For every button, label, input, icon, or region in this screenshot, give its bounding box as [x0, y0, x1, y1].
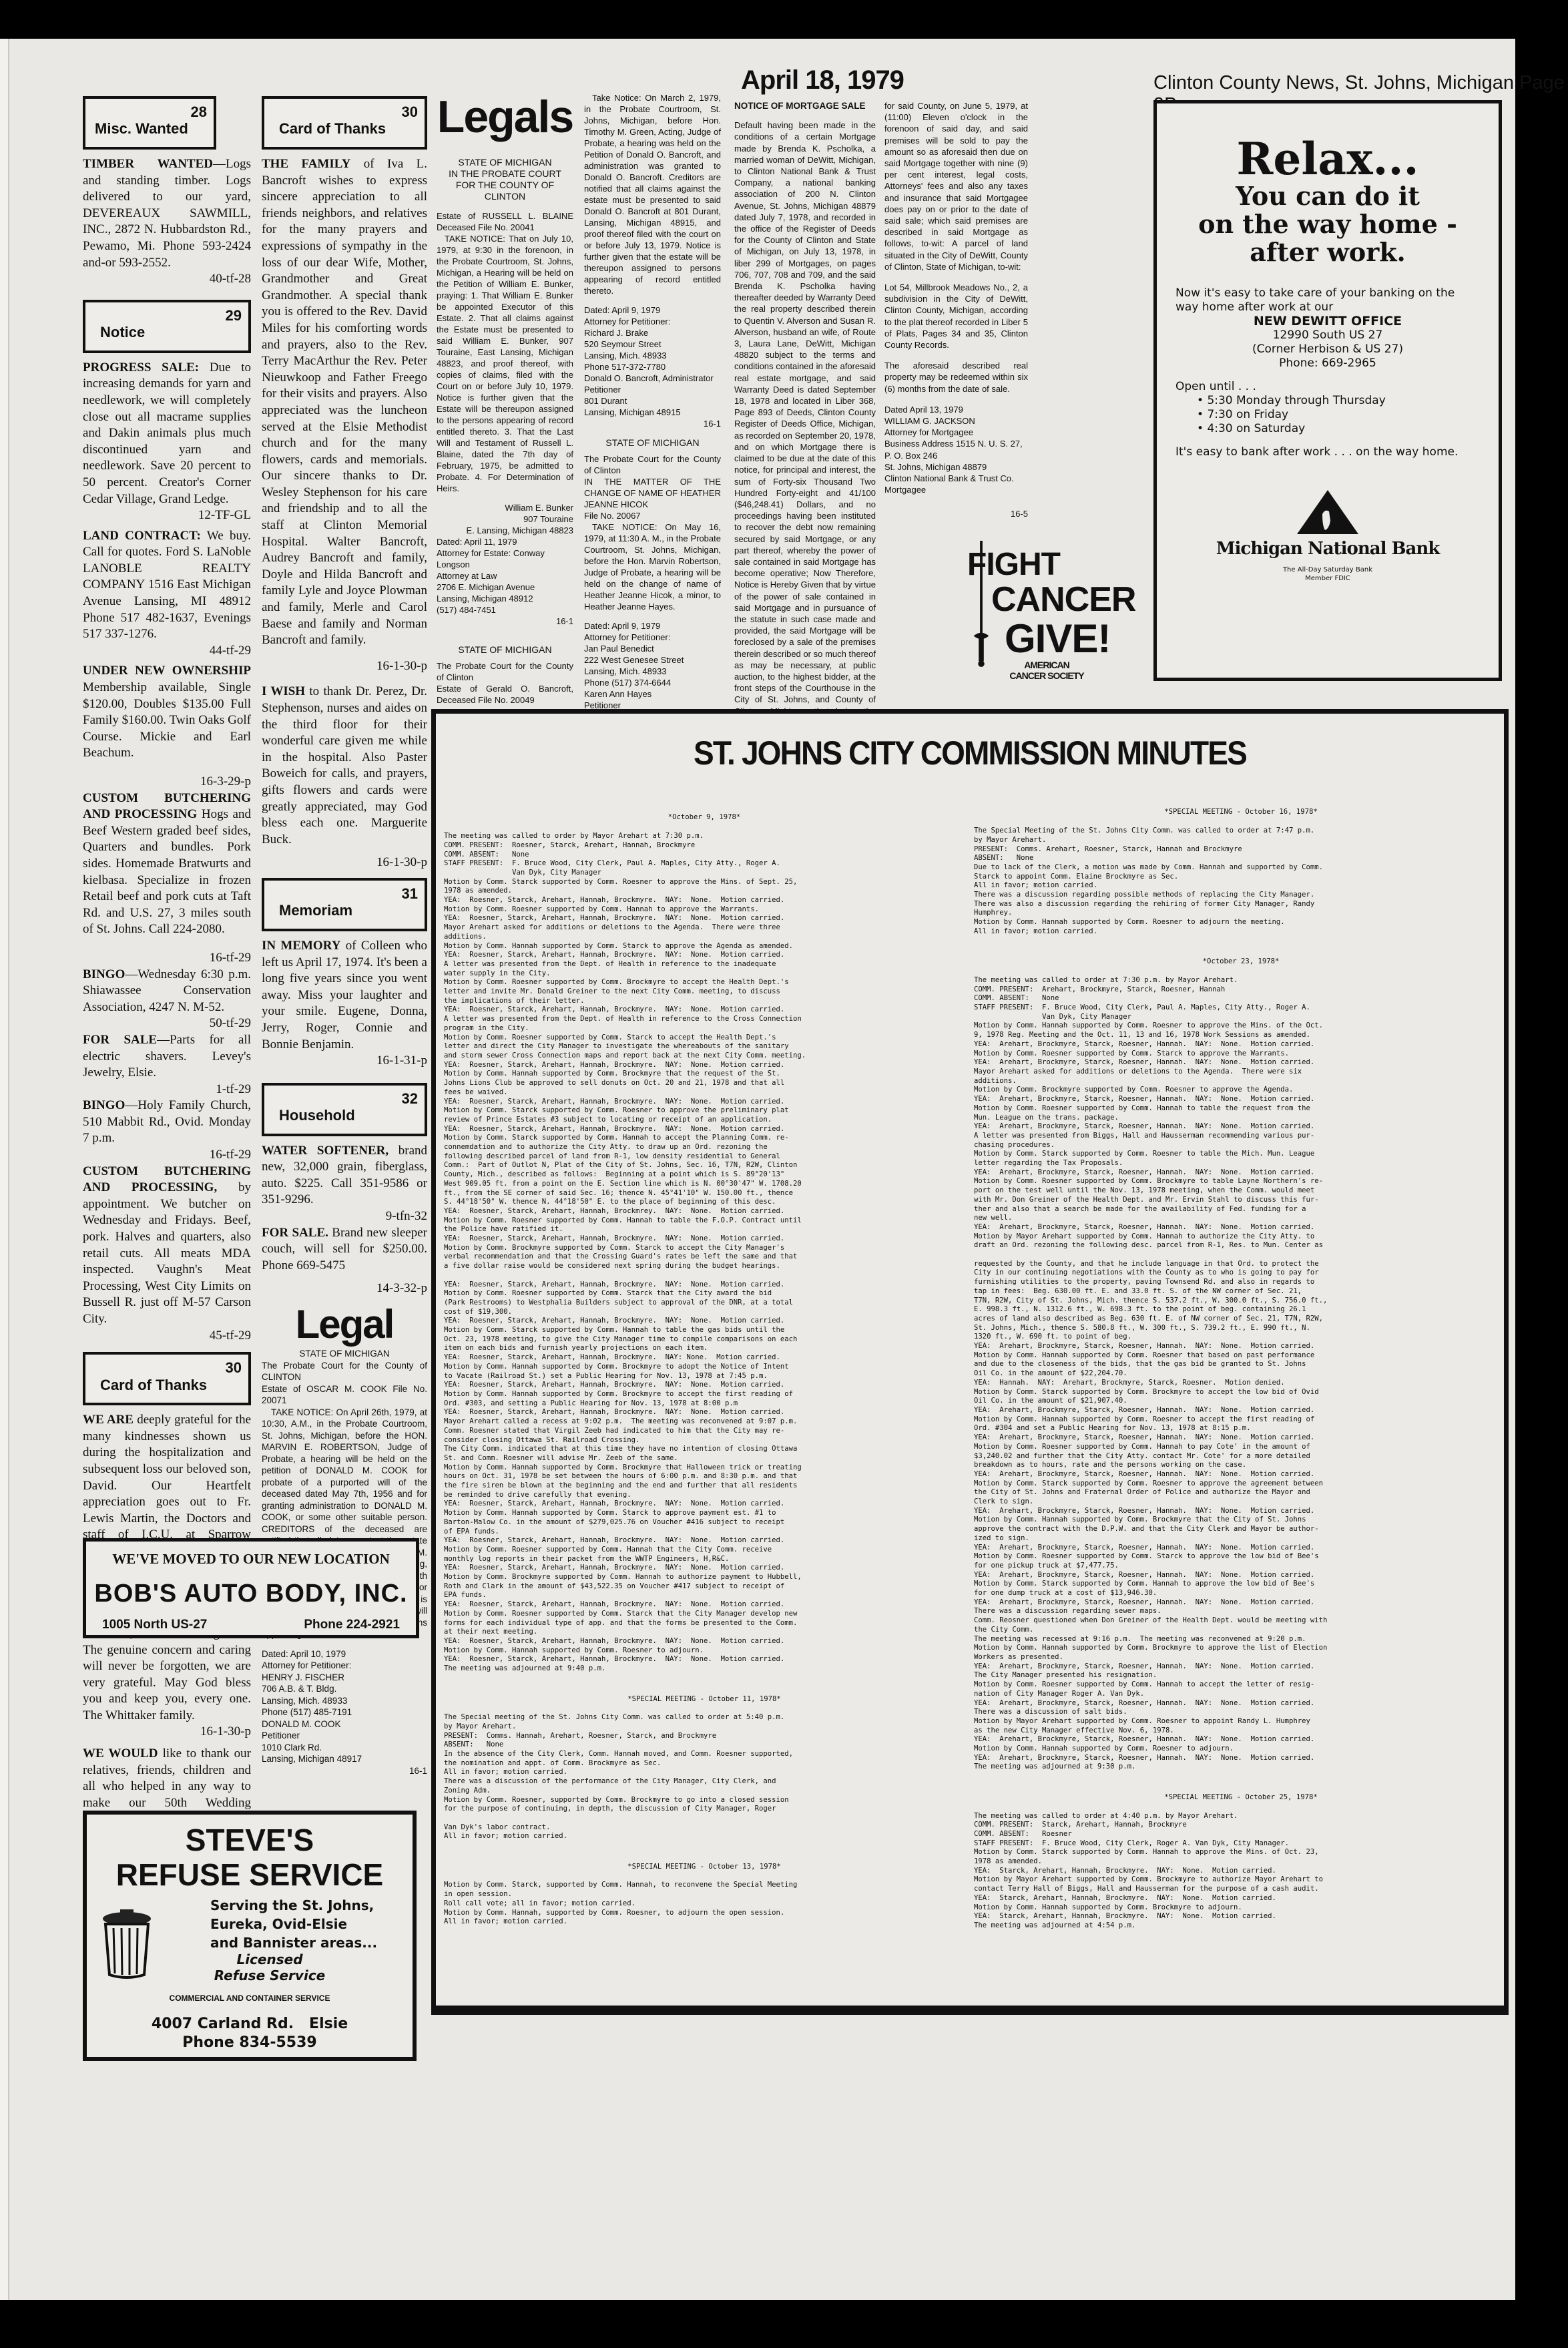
minutes-title: ST. JOHNS CITY COMMISSION MINUTES	[479, 734, 1461, 772]
category-number: 32	[402, 1091, 418, 1108]
scan-border-right	[1515, 0, 1568, 2348]
ad-business-name: STEVE'SREFUSE SERVICE	[87, 1823, 413, 1892]
category-header-card-of-thanks: Card of Thanks 30	[262, 96, 427, 150]
ad-code: 16-1-31-p	[262, 1053, 427, 1070]
ad-service-area: Serving the St. Johns,Eureka, Ovid-Elsie…	[210, 1896, 377, 1952]
category-name: Memoriam	[279, 903, 352, 919]
classified-ad: THE FAMILY of Iva L. Bancroft wishes to …	[262, 156, 427, 649]
legal-estate: Estate of RUSSELL L. BLAINE Deceased Fil…	[437, 210, 573, 233]
ad-address: 4007 Carland Rd. ElsiePhone 834-5539	[87, 2015, 413, 2052]
ad-code: 9-tfn-32	[262, 1208, 427, 1225]
category-number: 28	[191, 104, 207, 121]
ad-headline: Relax...	[1157, 136, 1499, 182]
legal-signer: William E. Bunker907 TouraineE. Lansing,…	[437, 502, 573, 536]
category-name: Card of Thanks	[100, 1377, 207, 1394]
ad-code: 12-TF-GL	[83, 507, 251, 524]
ad-code: 16-3-29-p	[83, 774, 251, 790]
ad-code: 16-1-30-p	[262, 855, 427, 871]
category-name: Notice	[100, 324, 145, 341]
category-number: 30	[226, 1360, 242, 1377]
bank-name: Michigan National Bank	[1157, 539, 1499, 559]
ad-address: 1005 North US-27	[102, 1618, 207, 1632]
classified-ad: IN MEMORY of Colleen who left us April 1…	[262, 938, 427, 1053]
page-edge	[0, 39, 9, 2309]
ad-code: 16-1-30-p	[83, 1724, 251, 1740]
fight-cancer-ad: FIGHT CANCER GIVE! AMERICANCANCER SOCIET…	[971, 541, 1131, 674]
legal-signoff: Dated: April 11, 1979Attorney for Estate…	[437, 536, 573, 616]
ad-code: 45-tf-29	[83, 1328, 251, 1345]
legals-heading: Legals	[437, 90, 573, 144]
classified-ad: FOR SALE—Parts for all electric shavers.…	[83, 1032, 251, 1082]
classified-ad: BINGO—Wednesday 6:30 p.m. Shiawassee Con…	[83, 967, 251, 1016]
mortgage-sale-column: NOTICE OF MORTGAGE SALE Default having b…	[734, 100, 876, 740]
legals-column: Legals STATE OF MICHIGANIN THE PROBATE C…	[437, 90, 573, 706]
category-number: 29	[226, 308, 242, 324]
steves-refuse-ad: STEVE'SREFUSE SERVICE Serving the St. Jo…	[83, 1811, 417, 2061]
category-header-card-of-thanks: Card of Thanks 30	[83, 1352, 251, 1405]
commission-minutes-box: ST. JOHNS CITY COMMISSION MINUTES *Octob…	[431, 709, 1509, 2015]
ad-code: 14-3-32-p	[262, 1280, 427, 1297]
legals-column-2: Take Notice: On March 2, 1979, in the Pr…	[584, 92, 721, 745]
ad-hours-list: 5:30 Monday through Thursday7:30 on Frid…	[1157, 394, 1499, 436]
classified-ad: LAND CONTRACT: We buy. Call for quotes. …	[83, 528, 251, 643]
category-header-misc-wanted: Misc. Wanted 28	[83, 96, 216, 150]
ad-business-name: BOB'S AUTO BODY, INC.	[86, 1580, 416, 1608]
category-number: 31	[402, 886, 418, 903]
classified-ad: WATER SOFTENER, brand new, 32,000 grain,…	[262, 1143, 427, 1208]
minutes-column-left: *October 9, 1978*The meeting was called …	[444, 788, 965, 1936]
category-name: Household	[279, 1108, 355, 1124]
ad-office-info: NEW DEWITT OFFICE 12990 South US 27 (Cor…	[1157, 314, 1499, 371]
ad-code: 16-tf-29	[83, 1147, 251, 1164]
minutes-column-right: *SPECIAL MEETING - October 16, 1978*The …	[974, 783, 1508, 1939]
ad-code: 50-tf-29	[83, 1015, 251, 1032]
mortgage-heading: NOTICE OF MORTGAGE SALE	[734, 100, 876, 111]
category-name: Card of Thanks	[279, 121, 386, 138]
classified-ad: FOR SALE. Brand new sleeper couch, will …	[262, 1225, 427, 1274]
classified-ad: TIMBER WANTED—Logs and standing timber. …	[83, 156, 251, 271]
category-header-notice: Notice 29	[83, 300, 251, 353]
ad-commercial-service: COMMERCIAL AND CONTAINER SERVICE	[87, 1993, 413, 2003]
category-number: 30	[402, 104, 418, 121]
ad-phone: Phone 224-2921	[304, 1618, 400, 1632]
legal-heading: Legal	[262, 1301, 427, 1348]
classified-column-right: Card of Thanks 30 THE FAMILY of Iva L. B…	[262, 93, 427, 1777]
ad-code: 44-tf-29	[83, 643, 251, 660]
legal-body: TAKE NOTICE: That on July 10, 1979, at 9…	[437, 233, 573, 494]
classified-ad: CUSTOM BUTCHERING AND PROCESSING Hogs an…	[83, 790, 251, 938]
ad-code: 16-tf-29	[83, 950, 251, 967]
michigan-logo-icon	[1296, 489, 1360, 535]
scan-border-top	[0, 0, 1568, 39]
classified-ad: PROGRESS SALE: Due to increasing demands…	[83, 360, 251, 507]
scan-border-bottom	[0, 2300, 1568, 2348]
ad-code: 16-1-30-p	[262, 658, 427, 675]
category-header-household: Household 32	[262, 1083, 427, 1136]
ad-code: 1-tf-29	[83, 1082, 251, 1098]
ad-code: 40-tf-28	[83, 271, 251, 288]
issue-date: April 18, 1979	[741, 65, 904, 95]
legal-body: Take Notice: On March 2, 1979, in the Pr…	[584, 92, 721, 296]
michigan-national-bank-ad: Relax... You can do iton the way home -a…	[1153, 100, 1502, 681]
mortgage-sale-column-2: for said County, on June 5, 1979, at (11…	[884, 100, 1028, 519]
classified-ad: I WISH to thank Dr. Perez, Dr. Stephenso…	[262, 684, 427, 848]
ad-moved-notice: WE'VE MOVED TO OUR NEW LOCATION	[86, 1551, 416, 1568]
legal-signoff: Dated: April 9, 1979Attorney for Petitio…	[584, 304, 721, 418]
ad-subheadline: You can do iton the way home -after work…	[1157, 182, 1499, 266]
classified-ad: UNDER NEW OWNERSHIP Membership available…	[83, 663, 251, 762]
classified-ad: CUSTOM BUTCHERING AND PROCESSING, by app…	[83, 1164, 251, 1328]
ad-licensed: LicensedRefuse Service	[87, 1951, 413, 1983]
category-name: Misc. Wanted	[95, 121, 188, 138]
bobs-auto-body-ad: WE'VE MOVED TO OUR NEW LOCATION BOB'S AU…	[83, 1538, 419, 1638]
classified-ad: BINGO—Holy Family Church, 510 Mabbit Rd.…	[83, 1098, 251, 1147]
legal-header: STATE OF MICHIGANIN THE PROBATE COURTFOR…	[437, 157, 573, 202]
category-header-memoriam: Memoriam 31	[262, 878, 427, 931]
